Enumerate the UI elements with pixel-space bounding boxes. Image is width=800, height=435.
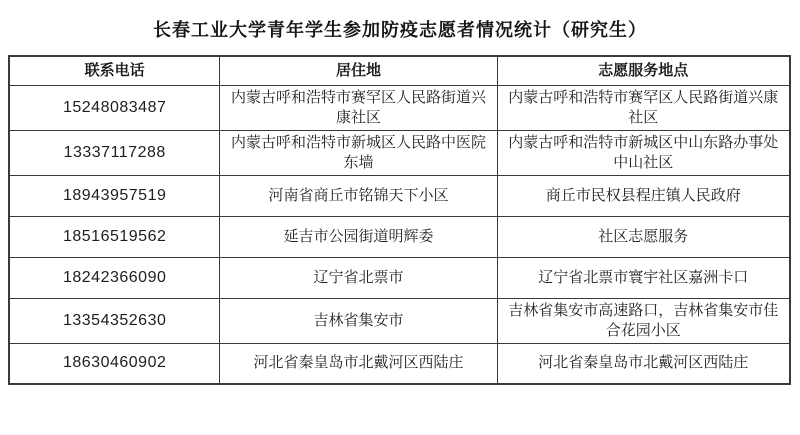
column-header-service-location: 志愿服务地点 bbox=[497, 56, 790, 85]
table-cell-phone: 13354352630 bbox=[9, 298, 220, 343]
table-cell-service-location: 内蒙古呼和浩特市新城区中山东路办事处中山社区 bbox=[497, 130, 790, 175]
table-row: 13337117288内蒙古呼和浩特市新城区人民路中医院东墙内蒙古呼和浩特市新城… bbox=[9, 130, 790, 175]
page: 长春工业大学青年学生参加防疫志愿者情况统计（研究生） 联系电话 居住地 志愿服务… bbox=[0, 0, 800, 435]
column-header-phone: 联系电话 bbox=[9, 56, 220, 85]
table-cell-service-location: 社区志愿服务 bbox=[497, 216, 790, 257]
table-cell-residence: 内蒙古呼和浩特市赛罕区人民路街道兴康社区 bbox=[220, 85, 497, 130]
table-cell-residence: 内蒙古呼和浩特市新城区人民路中医院东墙 bbox=[220, 130, 497, 175]
table-cell-service-location: 河北省秦皇岛市北戴河区西陆庄 bbox=[497, 343, 790, 384]
column-header-residence: 居住地 bbox=[220, 56, 497, 85]
table-cell-residence: 吉林省集安市 bbox=[220, 298, 497, 343]
table-cell-service-location: 内蒙古呼和浩特市赛罕区人民路街道兴康社区 bbox=[497, 85, 790, 130]
table-cell-residence: 辽宁省北票市 bbox=[220, 257, 497, 298]
table-row: 18516519562延吉市公园街道明辉委社区志愿服务 bbox=[9, 216, 790, 257]
table-row: 15248083487内蒙古呼和浩特市赛罕区人民路街道兴康社区内蒙古呼和浩特市赛… bbox=[9, 85, 790, 130]
volunteer-stats-table: 联系电话 居住地 志愿服务地点 15248083487内蒙古呼和浩特市赛罕区人民… bbox=[8, 55, 791, 385]
table-cell-phone: 18516519562 bbox=[9, 216, 220, 257]
table-row: 13354352630吉林省集安市吉林省集安市高速路口，吉林省集安市佳合花园小区 bbox=[9, 298, 790, 343]
table-cell-service-location: 辽宁省北票市寰宇社区嘉洲卡口 bbox=[497, 257, 790, 298]
table-cell-residence: 河南省商丘市铭锦天下小区 bbox=[220, 175, 497, 216]
table-cell-phone: 18630460902 bbox=[9, 343, 220, 384]
table-row: 18630460902河北省秦皇岛市北戴河区西陆庄河北省秦皇岛市北戴河区西陆庄 bbox=[9, 343, 790, 384]
table-cell-residence: 河北省秦皇岛市北戴河区西陆庄 bbox=[220, 343, 497, 384]
table-cell-phone: 15248083487 bbox=[9, 85, 220, 130]
table-header-row: 联系电话 居住地 志愿服务地点 bbox=[9, 56, 790, 85]
table-cell-phone: 18943957519 bbox=[9, 175, 220, 216]
table-cell-phone: 13337117288 bbox=[9, 130, 220, 175]
page-title: 长春工业大学青年学生参加防疫志愿者情况统计（研究生） bbox=[0, 0, 800, 55]
table-row: 18943957519河南省商丘市铭锦天下小区商丘市民权县程庄镇人民政府 bbox=[9, 175, 790, 216]
table-body: 15248083487内蒙古呼和浩特市赛罕区人民路街道兴康社区内蒙古呼和浩特市赛… bbox=[9, 85, 790, 384]
table-cell-service-location: 吉林省集安市高速路口，吉林省集安市佳合花园小区 bbox=[497, 298, 790, 343]
table-row: 18242366090辽宁省北票市辽宁省北票市寰宇社区嘉洲卡口 bbox=[9, 257, 790, 298]
table-cell-residence: 延吉市公园街道明辉委 bbox=[220, 216, 497, 257]
table-cell-phone: 18242366090 bbox=[9, 257, 220, 298]
table-cell-service-location: 商丘市民权县程庄镇人民政府 bbox=[497, 175, 790, 216]
